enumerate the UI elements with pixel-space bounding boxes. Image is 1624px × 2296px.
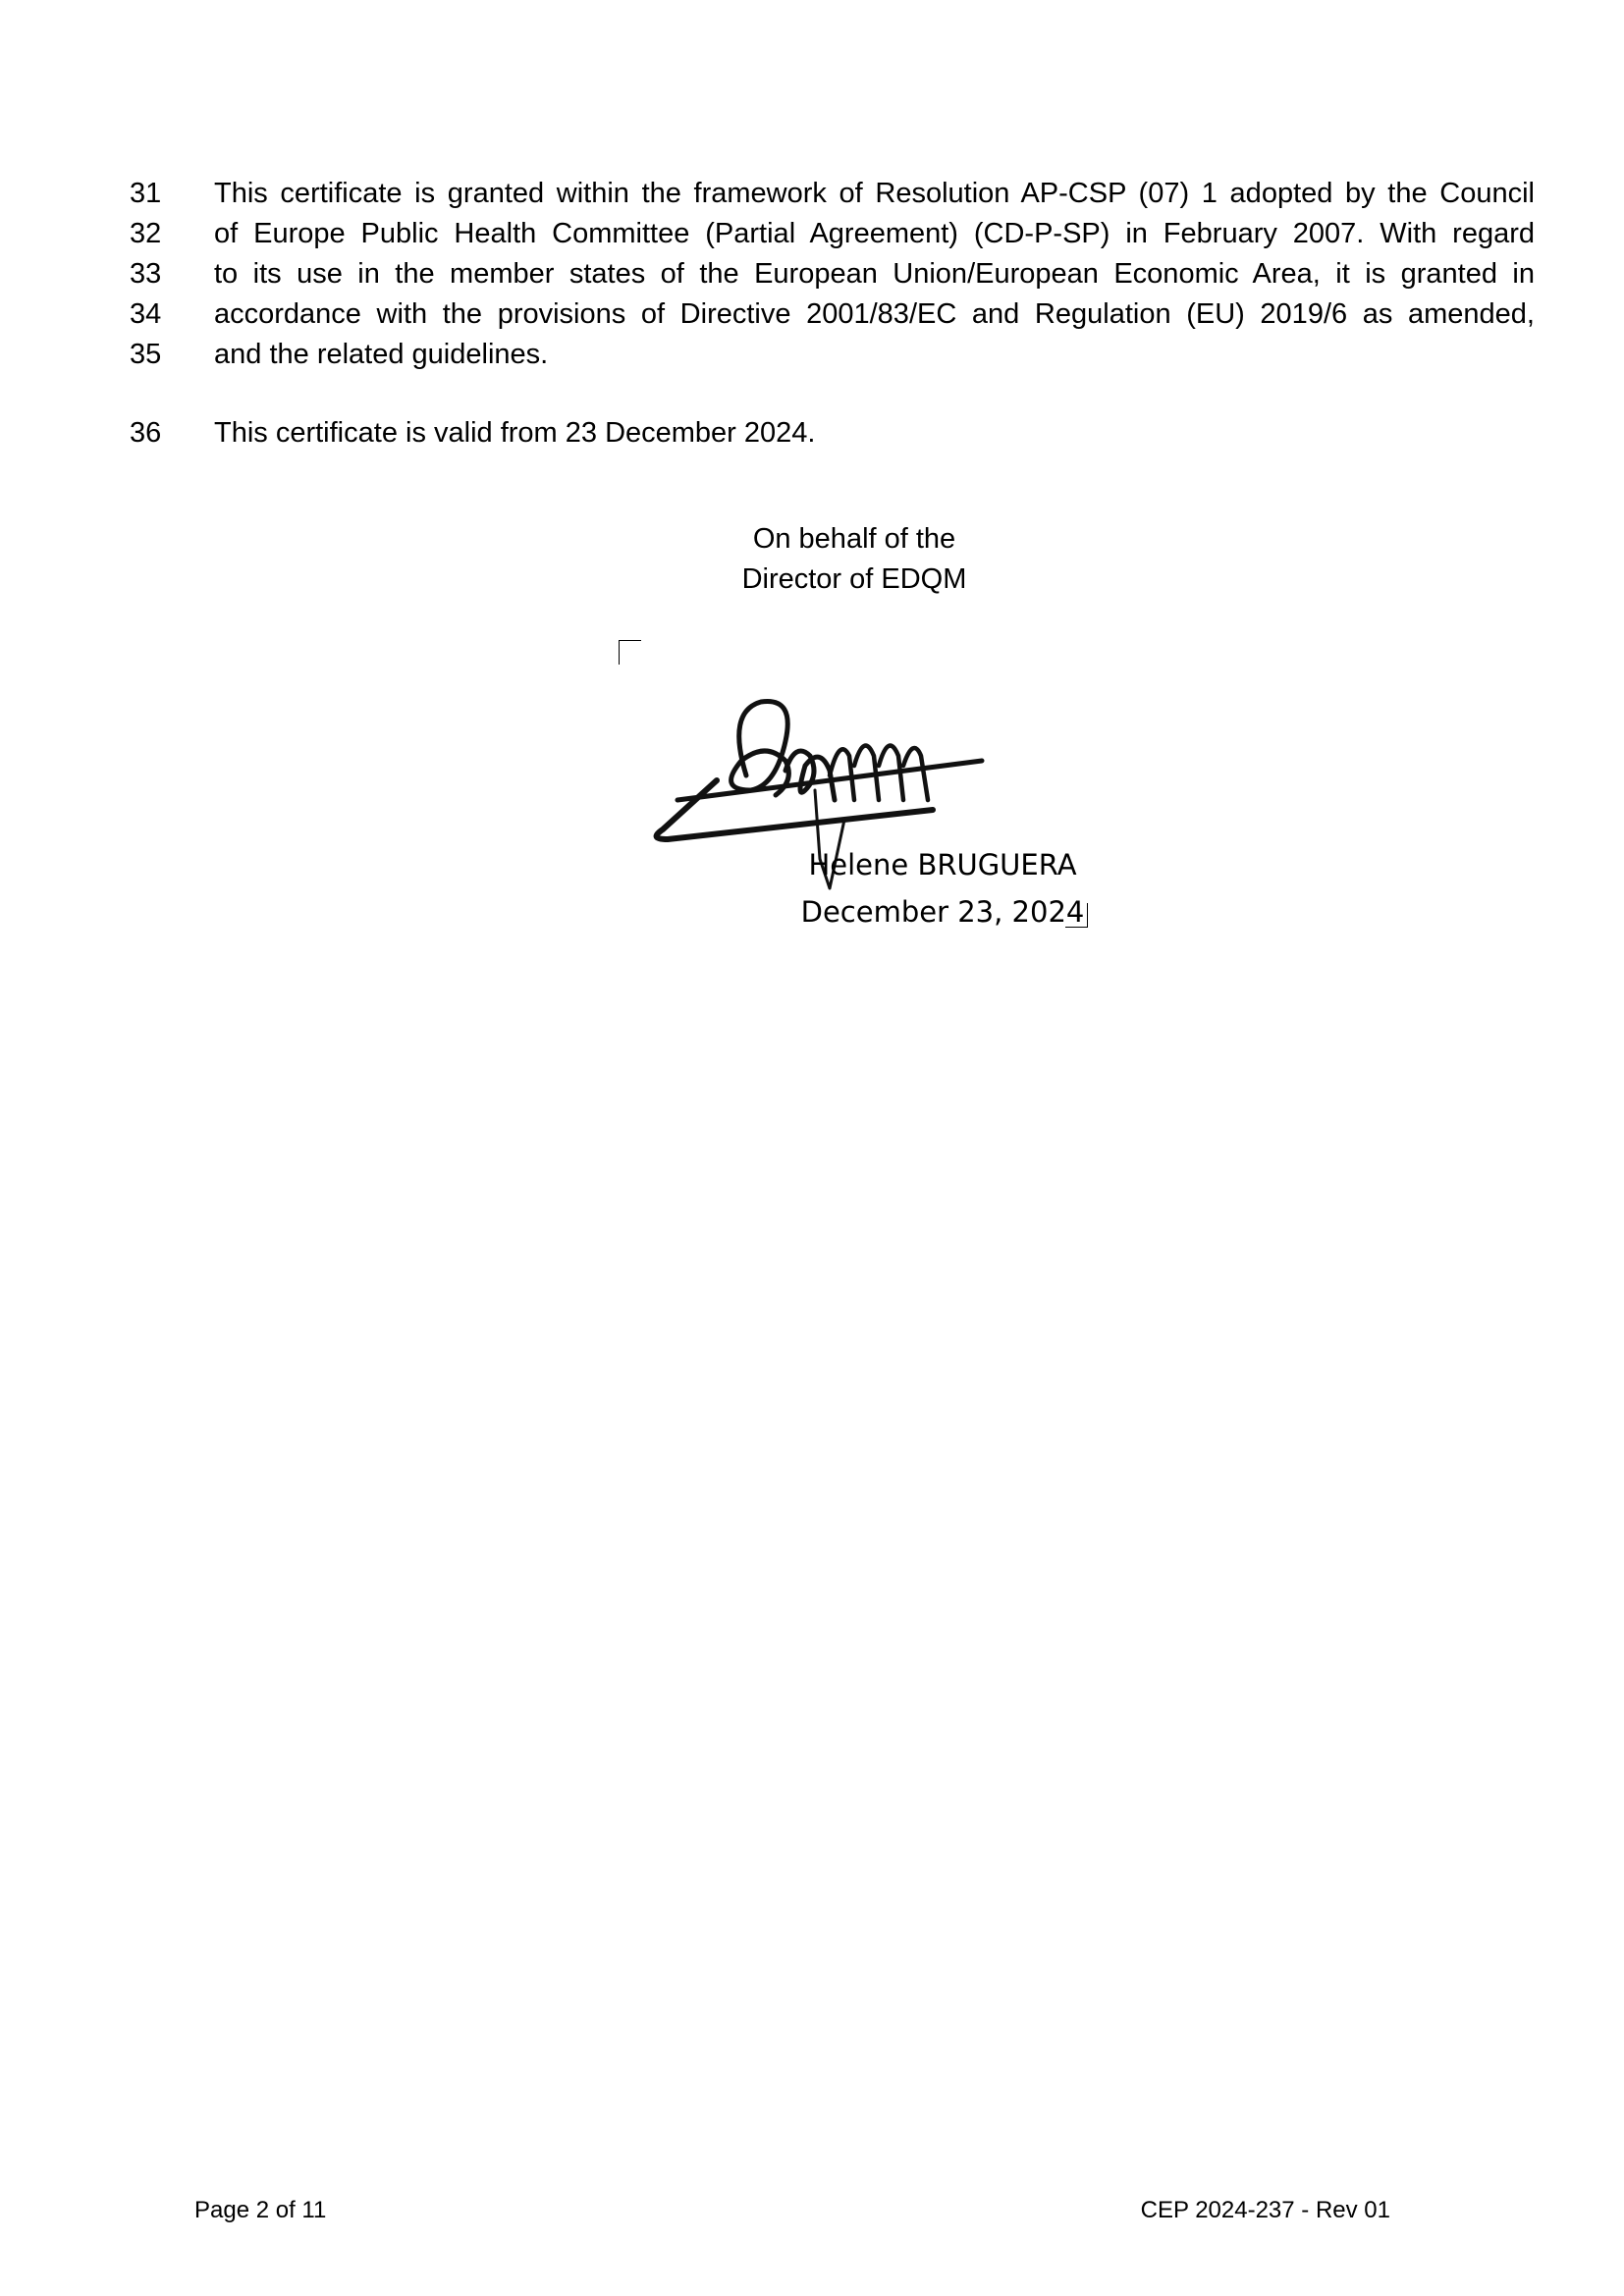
line-text: and the related guidelines. — [214, 335, 1535, 375]
paragraph-validity: 36 This certificate is valid from 23 Dec… — [0, 413, 1624, 454]
document-reference: CEP 2024-237 - Rev 01 — [1141, 2196, 1390, 2225]
signature-field-corner-top-left — [619, 640, 641, 665]
line-number: 33 — [130, 254, 179, 294]
line-text: of Europe Public Health Committee (Parti… — [214, 214, 1535, 254]
line-number: 35 — [130, 335, 179, 375]
text-line: 35 and the related guidelines. — [0, 335, 1624, 375]
text-line: 32 of Europe Public Health Committee (Pa… — [0, 214, 1624, 254]
director-label: Director of EDQM — [658, 560, 1051, 600]
line-number: 31 — [130, 174, 179, 214]
line-text: This certificate is valid from 23 Decemb… — [214, 413, 1535, 454]
line-number: 32 — [130, 214, 179, 254]
signed-date: December 23, 2024 — [776, 889, 1110, 934]
signature-field-corner-bottom-right — [1065, 903, 1088, 928]
line-text: accordance with the provisions of Direct… — [214, 294, 1535, 335]
line-text: to its use in the member states of the E… — [214, 254, 1535, 294]
line-text: This certificate is granted within the f… — [214, 174, 1535, 214]
page-number: Page 2 of 11 — [194, 2196, 326, 2225]
line-number: 36 — [130, 413, 179, 454]
on-behalf-label: On behalf of the — [658, 519, 1051, 560]
text-line: 33 to its use in the member states of th… — [0, 254, 1624, 294]
signer-name: Helene BRUGUERA — [776, 842, 1110, 887]
text-line: 31 This certificate is granted within th… — [0, 174, 1624, 214]
line-number: 34 — [130, 294, 179, 335]
text-line: 34 accordance with the provisions of Dir… — [0, 294, 1624, 335]
